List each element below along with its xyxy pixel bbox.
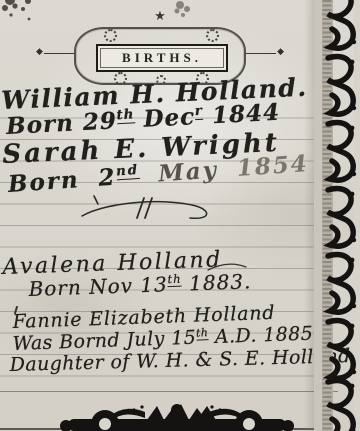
scrollwork-page-border xyxy=(314,0,360,431)
bottom-cartouche-ornament xyxy=(50,402,304,431)
register-page-photo: ★ ◆ ◆ BIRTHS. William H. Holland. Born 2… xyxy=(0,0,360,431)
diamond-finial-icon: ◆ xyxy=(277,47,284,57)
star-icon: ★ xyxy=(60,9,260,24)
entry-text-faded: 1854 xyxy=(236,150,310,182)
entry-text: Dec xyxy=(134,103,196,133)
entry-text: 1844 xyxy=(202,99,280,130)
rosette-icon xyxy=(104,29,117,42)
ditto-flourish xyxy=(78,194,222,224)
ordinal-superscript: th xyxy=(116,107,135,125)
rosette-icon xyxy=(206,29,219,42)
entry-text: 1883. xyxy=(181,269,251,295)
page-title: BIRTHS. xyxy=(122,50,202,66)
entry-text: A.D. 1885– xyxy=(208,322,323,348)
births-title-banner: BIRTHS. xyxy=(96,44,228,72)
ordinal-superscript: th xyxy=(167,272,182,287)
ruled-line-dark xyxy=(0,391,338,392)
diamond-finial-icon: ◆ xyxy=(36,47,43,57)
ordinal-superscript: nd xyxy=(116,162,140,181)
ordinal-superscript: th xyxy=(196,326,209,340)
entry-text: Born Nov 13 xyxy=(28,272,168,301)
right-finial-line xyxy=(246,53,276,54)
left-finial-line xyxy=(44,53,74,54)
ink-blot-ornament-fragment xyxy=(0,0,48,32)
